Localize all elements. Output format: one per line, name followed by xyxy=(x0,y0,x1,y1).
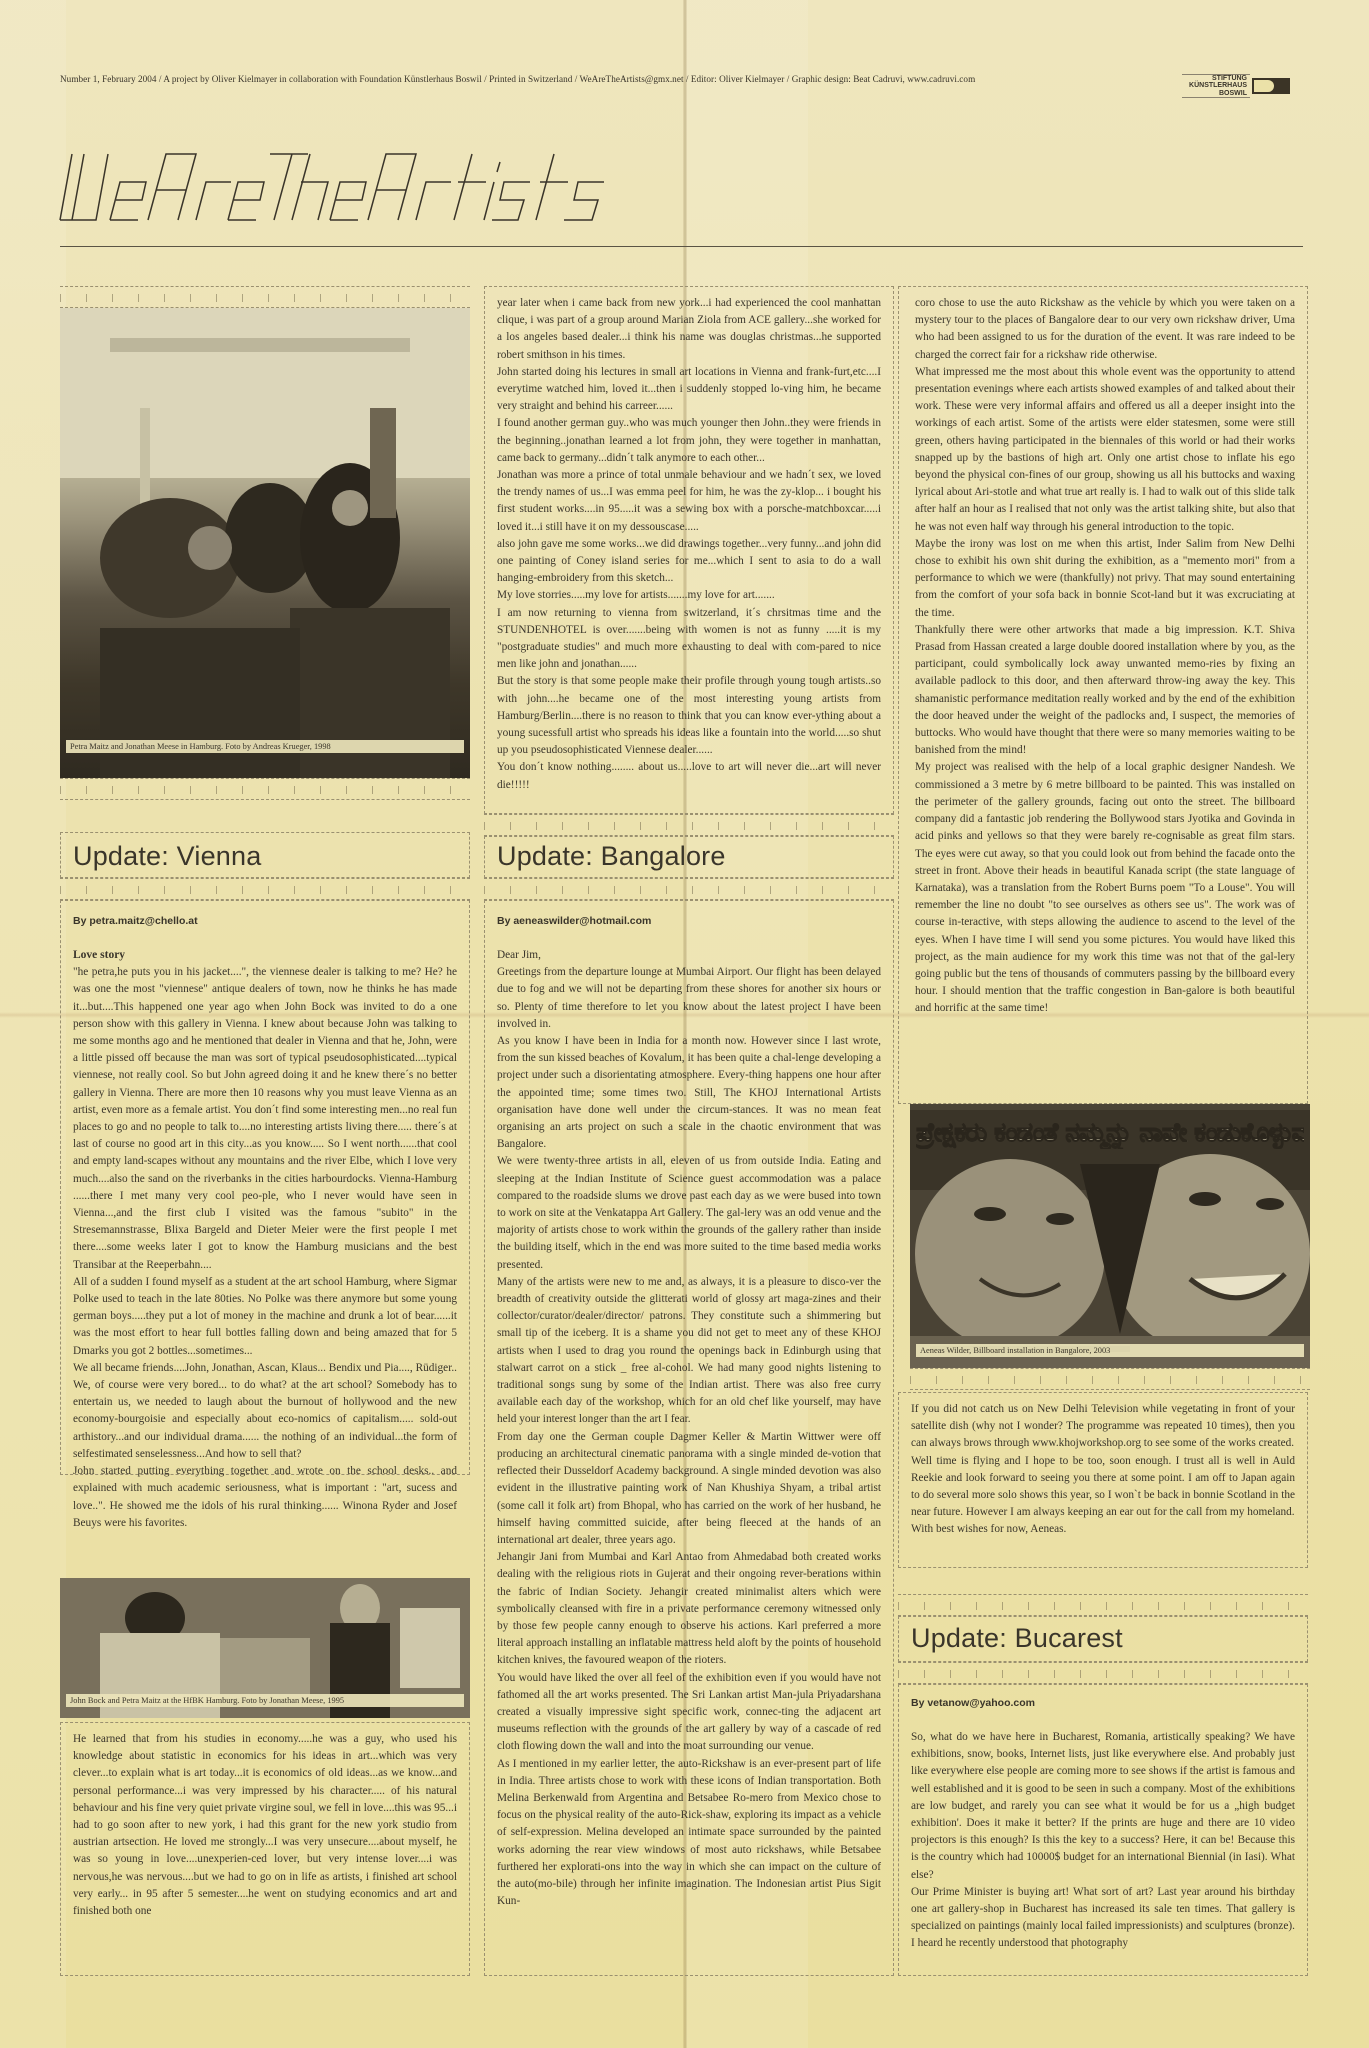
vienna-article-continued: He learned that from his studies in econ… xyxy=(60,1722,470,1976)
paragraph: Our Prime Minister is buying art! What s… xyxy=(911,1884,1295,1953)
vienna-headline-box: Update: Vienna xyxy=(60,832,470,878)
paragraph: We all became friends....John, Jonathan,… xyxy=(73,1360,457,1463)
photo-hamburg: Petra Maitz and Jonathan Meese in Hambur… xyxy=(60,308,470,778)
masthead-credits: Number 1, February 2004 / A project by O… xyxy=(60,74,1180,84)
paragraph: Dear Jim, xyxy=(497,947,881,964)
bangalore-headline-box: Update: Bangalore xyxy=(484,836,894,878)
paragraph: year later when i came back from new yor… xyxy=(497,295,881,364)
paragraph: I am now returning to vienna from switze… xyxy=(497,605,881,674)
column-1: Petra Maitz and Jonathan Meese in Hambur… xyxy=(60,286,470,800)
dashed-ruler xyxy=(910,1368,1310,1390)
paragraph: But the story is that some people make t… xyxy=(497,673,881,759)
paragraph: John started doing his lectures in small… xyxy=(497,364,881,416)
vienna-continuation-column: year later when i came back from new yor… xyxy=(484,286,894,814)
paragraph: coro chose to use the auto Rickshaw as t… xyxy=(915,295,1295,364)
photo-caption: Petra Maitz and Jonathan Meese in Hambur… xyxy=(66,740,464,753)
kuenstlerhaus-boswil-logo: STIFTUNG KÜNSTLERHAUS BOSWIL xyxy=(1182,74,1302,98)
photo-caption: Aeneas Wilder, Billboard installation in… xyxy=(916,1344,1304,1357)
paragraph: So, what do we have here in Bucharest, R… xyxy=(911,1729,1295,1884)
byline-bangalore: By aeneaswilder@hotmail.com xyxy=(497,915,881,927)
paragraph: Jonathan was more a prince of total unma… xyxy=(497,467,881,536)
photo-caption: John Bock and Petra Maitz at the HfBK Ha… xyxy=(66,1694,464,1707)
paragraph: What impressed me the most about this wh… xyxy=(915,364,1295,536)
byline-bucarest: By vetanow@yahoo.com xyxy=(911,1697,1295,1709)
photo-billboard-block: ಪ್ರೇಕ್ಷಕರು ಕಂಡಂತೆ ನಮ್ಮನ್ನು ನಾವೇ ಕಂಡುಕೊಳ್… xyxy=(910,1104,1310,1390)
paragraph: "he petra,he puts you in his jacket...."… xyxy=(73,964,457,1274)
billboard-kannada-text: ಪ್ರೇಕ್ಷಕರು ಕಂಡಂತೆ ನಮ್ಮನ್ನು ನಾವೇ ಕಂಡುಕೊಳ್… xyxy=(916,1118,1304,1149)
photo-hfbk: John Bock and Petra Maitz at the HfBK Ha… xyxy=(60,1578,470,1718)
bucarest-article: By vetanow@yahoo.com So, what do we have… xyxy=(898,1684,1308,1976)
dashed-ruler xyxy=(60,286,470,308)
subhead-love-story: Love story xyxy=(73,947,457,964)
paragraph: If you did not catch us on New Delhi Tel… xyxy=(911,1401,1295,1453)
headline-bucarest: Update: Bucarest xyxy=(899,1617,1307,1660)
paragraph: John started putting everything together… xyxy=(73,1463,457,1532)
vienna-article: By petra.maitz@chello.at Love story "he … xyxy=(60,900,470,1475)
paragraph: As I mentioned in my earlier letter, the… xyxy=(497,1756,881,1911)
dashed-ruler xyxy=(484,878,894,900)
paragraph: Thankfully there were other artworks tha… xyxy=(915,622,1295,760)
dashed-ruler xyxy=(484,814,894,836)
photo-two-people-with-bottles-icon xyxy=(60,308,470,778)
paragraph: We were twenty-three artists in all, ele… xyxy=(497,1153,881,1273)
paragraph: Jehangir Jani from Mumbai and Karl Antao… xyxy=(497,1549,881,1669)
logo-line: KÜNSTLERHAUS xyxy=(1182,82,1247,90)
paragraph: Maybe the irony was lost on me when this… xyxy=(915,536,1295,622)
photo-billboard: ಪ್ರೇಕ್ಷಕರು ಕಂಡಂತೆ ನಮ್ಮನ್ನು ನಾವೇ ಕಂಡುಕೊಳ್… xyxy=(910,1104,1310,1368)
paragraph: From day one the German couple Dagmer Ke… xyxy=(497,1429,881,1549)
paragraph: My love storries.....my love for artists… xyxy=(497,587,881,604)
logo-line: BOSWIL xyxy=(1182,90,1247,98)
bucarest-headline-box: Update: Bucarest xyxy=(898,1616,1308,1662)
paragraph: Many of the artists were new to me and, … xyxy=(497,1274,881,1429)
paragraph: Greetings from the departure lounge at M… xyxy=(497,964,881,1033)
bangalore-continuation-column: coro chose to use the auto Rickshaw as t… xyxy=(898,286,1308,1104)
publication-title-wearetheartists xyxy=(56,150,676,230)
paragraph: Well time is flying and I hope to be too… xyxy=(911,1453,1295,1522)
paragraph: My project was realised with the help of… xyxy=(915,759,1295,1017)
paragraph: You would have liked the over all feel o… xyxy=(497,1670,881,1756)
title-divider xyxy=(60,246,1303,247)
paragraph: As you know I have been in India for a m… xyxy=(497,1033,881,1153)
dashed-ruler xyxy=(898,1594,1308,1616)
paragraph: I found another german guy..who was much… xyxy=(497,415,881,467)
boswil-logo-icon xyxy=(1252,78,1290,94)
paragraph: You don´t know nothing........ about us.… xyxy=(497,759,881,793)
bangalore-closing: If you did not catch us on New Delhi Tel… xyxy=(898,1392,1308,1568)
photo-hfbk-block: John Bock and Petra Maitz at the HfBK Ha… xyxy=(60,1578,470,1718)
bangalore-article: By aeneaswilder@hotmail.com Dear Jim, Gr… xyxy=(484,900,894,1976)
headline-vienna: Update: Vienna xyxy=(61,833,469,878)
paragraph: All of a sudden I found myself as a stud… xyxy=(73,1274,457,1360)
byline-vienna: By petra.maitz@chello.at xyxy=(73,915,457,927)
dashed-ruler xyxy=(898,1662,1308,1684)
headline-bangalore: Update: Bangalore xyxy=(485,837,893,878)
paragraph: He learned that from his studies in econ… xyxy=(73,1731,457,1920)
paragraph: also john gave me some works...we did dr… xyxy=(497,536,881,588)
dashed-ruler xyxy=(60,878,470,900)
paragraph: With best wishes for now, Aeneas. xyxy=(911,1521,1295,1538)
dashed-ruler xyxy=(60,778,470,800)
